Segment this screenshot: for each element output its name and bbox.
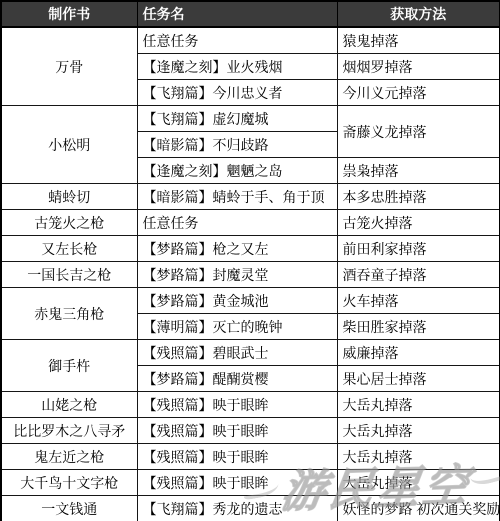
task-cell: 任意任务 (137, 210, 337, 236)
book-cell: 一文钱通 (1, 496, 137, 521)
task-cell: 【残照篇】映于眼眸 (137, 470, 337, 496)
table-row: 御手杵【残照篇】碧眼武士威廉掉落 (1, 340, 500, 366)
method-cell: 妖怪的梦路 初次通关奖励 (337, 496, 500, 521)
task-cell: 【梦路篇】枪之又左 (137, 236, 337, 262)
book-cell: 一国长吉之枪 (1, 262, 137, 288)
book-cell: 鬼左近之枪 (1, 444, 137, 470)
method-cell: 酒吞童子掉落 (337, 262, 500, 288)
task-cell: 【梦路篇】黄金城池 (137, 288, 337, 314)
task-cell: 任意任务 (137, 27, 337, 54)
book-cell: 比比罗木之八寻矛 (1, 418, 137, 444)
task-cell: 【残照篇】映于眼眸 (137, 444, 337, 470)
table-row: 山姥之枪【残照篇】映于眼眸大岳丸掉落 (1, 392, 500, 418)
book-cell: 山姥之枪 (1, 392, 137, 418)
task-cell: 【梦路篇】封魔灵堂 (137, 262, 337, 288)
book-cell: 小松明 (1, 106, 137, 184)
method-cell: 大岳丸掉落 (337, 470, 500, 496)
header-crafting-book: 制作书 (1, 1, 137, 27)
book-cell: 蜻蛉切 (1, 184, 137, 210)
method-cell: 大岳丸掉落 (337, 392, 500, 418)
method-cell: 本多忠胜掉落 (337, 184, 500, 210)
header-task-name: 任务名 (137, 1, 337, 27)
method-cell: 祟枭掉落 (337, 158, 500, 184)
task-cell: 【梦路篇】醍醐赏樱 (137, 366, 337, 392)
book-cell: 又左长枪 (1, 236, 137, 262)
header-obtain-method: 获取方法 (337, 1, 500, 27)
table-row: 比比罗木之八寻矛【残照篇】映于眼眸大岳丸掉落 (1, 418, 500, 444)
method-cell: 威廉掉落 (337, 340, 500, 366)
book-cell: 御手杵 (1, 340, 137, 392)
table-row: 又左长枪【梦路篇】枪之又左前田利家掉落 (1, 236, 500, 262)
method-cell: 猿鬼掉落 (337, 27, 500, 54)
method-cell: 烟烟罗掉落 (337, 54, 500, 80)
method-cell: 火车掉落 (337, 288, 500, 314)
table-row: 一文钱通【飞翔篇】秀龙的遗志妖怪的梦路 初次通关奖励 (1, 496, 500, 521)
task-cell: 【暗影篇】蜻蛉于手、角于顶 (137, 184, 337, 210)
method-cell: 大岳丸掉落 (337, 418, 500, 444)
table-body: 万骨任意任务猿鬼掉落【逢魔之刻】业火残烟烟烟罗掉落【飞翔篇】今川忠义者今川义元掉… (1, 27, 500, 521)
table-row: 古笼火之枪任意任务古笼火掉落 (1, 210, 500, 236)
table-row: 蜻蛉切【暗影篇】蜻蛉于手、角于顶本多忠胜掉落 (1, 184, 500, 210)
method-cell: 斋藤义龙掉落 (337, 106, 500, 158)
guide-table-page: 制作书 任务名 获取方法 万骨任意任务猿鬼掉落【逢魔之刻】业火残烟烟烟罗掉落【飞… (0, 0, 500, 521)
task-cell: 【逢魔之刻】魍魉之岛 (137, 158, 337, 184)
table-row: 鬼左近之枪【残照篇】映于眼眸大岳丸掉落 (1, 444, 500, 470)
task-cell: 【飞翔篇】秀龙的遗志 (137, 496, 337, 521)
task-cell: 【薄明篇】灭亡的晚钟 (137, 314, 337, 340)
crafting-book-table: 制作书 任务名 获取方法 万骨任意任务猿鬼掉落【逢魔之刻】业火残烟烟烟罗掉落【飞… (0, 0, 500, 521)
task-cell: 【飞翔篇】今川忠义者 (137, 80, 337, 106)
method-cell: 今川义元掉落 (337, 80, 500, 106)
task-cell: 【残照篇】映于眼眸 (137, 418, 337, 444)
book-cell: 古笼火之枪 (1, 210, 137, 236)
task-cell: 【逢魔之刻】业火残烟 (137, 54, 337, 80)
method-cell: 前田利家掉落 (337, 236, 500, 262)
task-cell: 【飞翔篇】虚幻魔城 (137, 106, 337, 132)
method-cell: 古笼火掉落 (337, 210, 500, 236)
task-cell: 【残照篇】碧眼武士 (137, 340, 337, 366)
table-row: 小松明【飞翔篇】虚幻魔城斋藤义龙掉落 (1, 106, 500, 132)
method-cell: 柴田胜家掉落 (337, 314, 500, 340)
table-row: 赤鬼三角枪【梦路篇】黄金城池火车掉落 (1, 288, 500, 314)
book-cell: 大千鸟十文字枪 (1, 470, 137, 496)
method-cell: 果心居士掉落 (337, 366, 500, 392)
table-row: 万骨任意任务猿鬼掉落 (1, 27, 500, 54)
table-row: 一国长吉之枪【梦路篇】封魔灵堂酒吞童子掉落 (1, 262, 500, 288)
method-cell: 大岳丸掉落 (337, 444, 500, 470)
book-cell: 万骨 (1, 27, 137, 106)
task-cell: 【暗影篇】不归歧路 (137, 132, 337, 158)
table-header-row: 制作书 任务名 获取方法 (1, 1, 500, 27)
task-cell: 【残照篇】映于眼眸 (137, 392, 337, 418)
book-cell: 赤鬼三角枪 (1, 288, 137, 340)
table-row: 大千鸟十文字枪【残照篇】映于眼眸大岳丸掉落 (1, 470, 500, 496)
